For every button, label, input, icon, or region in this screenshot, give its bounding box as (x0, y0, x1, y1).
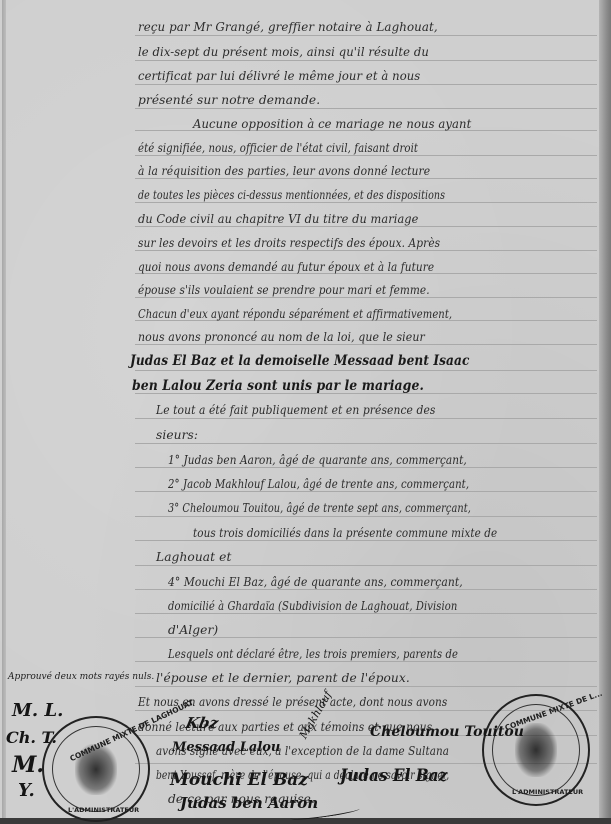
text-line-spouses: ben Lalou Zeria sont unis par le mariage… (132, 378, 424, 394)
page-right-edge (599, 0, 611, 824)
text-line: sur les devoirs et les droits respectifs… (138, 236, 440, 250)
stamp-text: L'ADMINISTRATEUR (68, 806, 139, 814)
witness-line: 2° Jacob Makhlouf Lalou, âgé de trente a… (168, 477, 469, 491)
text-line: Laghouat et (156, 550, 231, 564)
text-line: sieurs: (156, 428, 198, 442)
text-line: Le tout a été fait publiquement et en pr… (156, 403, 435, 417)
signature-mouchi-el-baz: Mouchi El Baz (170, 770, 308, 790)
page-left-edge (2, 0, 6, 824)
text-line: du Code civil au chapitre VI du titre du… (138, 212, 418, 226)
margin-initials: Y. (18, 780, 35, 801)
text-line: tous trois domiciliés dans la présente c… (193, 526, 497, 540)
text-line: Aucune opposition à ce mariage ne nous a… (193, 117, 471, 131)
signature-judas-el-baz: Judas El Baz (340, 766, 447, 786)
stamp-text: L'ADMINISTRATEUR (512, 788, 583, 796)
text-line-spouses: Judas El Baz et la demoiselle Messaad be… (130, 353, 469, 369)
margin-initials: M. L. (12, 700, 63, 721)
text-line: reçu par Mr Grangé, greffier notaire à L… (138, 20, 438, 34)
document-page: reçu par Mr Grangé, greffier notaire à L… (0, 0, 611, 824)
text-line: d'Alger) (168, 623, 218, 637)
text-line: présenté sur notre demande. (138, 93, 320, 107)
text-line: à la réquisition des parties, leur avons… (138, 164, 430, 178)
witness-line: 4° Mouchi El Baz, âgé de quarante ans, c… (168, 575, 463, 589)
margin-approval-note: Approuvé deux mots rayés nuls. (8, 672, 154, 682)
witness-line: 3° Cheloumou Touitou, âgé de trente sept… (168, 501, 471, 515)
official-stamp-right: COMMUNE MIXTE DE L... L'ADMINISTRATEUR (482, 694, 590, 806)
text-line: Chacun d'eux ayant répondu séparément et… (138, 307, 452, 321)
text-line: été signifiée, nous, officier de l'état … (138, 141, 418, 155)
witness-line: 1° Judas ben Aaron, âgé de quarante ans,… (168, 453, 467, 467)
text-line: nous avons prononcé au nom de la loi, qu… (138, 330, 425, 344)
text-line: quoi nous avons demandé au futur époux e… (138, 260, 434, 274)
text-line: le dix-sept du présent mois, ainsi qu'il… (138, 45, 429, 59)
signature-judas-ben-aaron: Judas ben Aaron (180, 794, 318, 812)
text-line: domicilié à Ghardaïa (Subdivision de Lag… (168, 599, 457, 613)
text-line: Lesquels ont déclaré être, les trois pre… (168, 647, 458, 661)
text-line: l'épouse et le dernier, parent de l'épou… (156, 671, 410, 685)
margin-initials: M. (12, 752, 44, 778)
signature-messaad-lalou: Messaad Lalou (172, 740, 280, 755)
signature-cheloumou-touitou: Cheloumou Touitou (370, 724, 524, 740)
text-line: de toutes les pièces ci-dessus mentionné… (138, 188, 445, 202)
official-stamp-left: COMMUNE MIXTE DE LAGHOUAT L'ADMINISTRATE… (42, 716, 150, 822)
text-line: épouse s'ils voulaient se prendre pour m… (138, 283, 430, 297)
text-line: certificat par lui délivré le même jour … (138, 69, 420, 83)
signature-mark: Kbz (184, 714, 220, 732)
